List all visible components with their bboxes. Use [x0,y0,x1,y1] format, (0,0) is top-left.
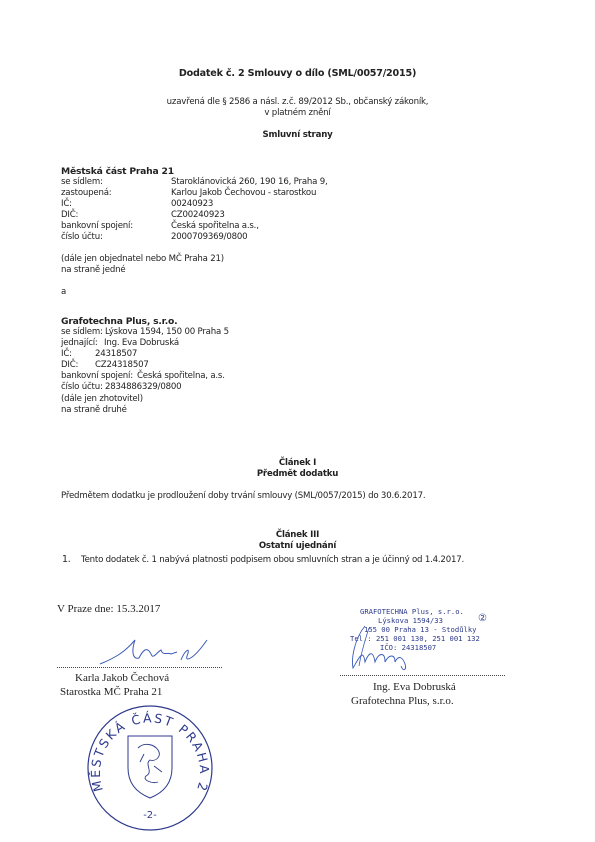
field-value: Ing. Eva Dobruská [104,338,179,349]
field-value: 2834886329/0800 [105,382,181,393]
article3-number: Článek III [0,530,595,540]
article1-text: Předmětem dodatku je prodloužení doby tr… [61,491,425,502]
field-value: 24318507 [95,349,137,360]
left-signature-line [57,667,222,668]
field-value: 2000709369/0800 [171,232,247,243]
field-value: Staroklánovická 260, 190 16, Praha 9, [171,177,328,188]
field-label: DIČ: [61,360,78,370]
document-title: Dodatek č. 2 Smlouvy o dílo (SML/0057/20… [0,68,595,79]
field-value: Česká spořitelna, a.s. [137,371,225,382]
conjunction: a [61,287,66,298]
party1-note: (dále jen objednatel nebo MČ Praha 21) [61,254,224,265]
field-label: DIČ: [61,210,78,220]
field-label: se sídlem: [61,327,103,337]
left-signer-role: Starostka MČ Praha 21 [60,686,162,698]
left-signature [95,630,215,670]
right-signature [345,618,415,673]
field-value: CZ00240923 [171,210,225,221]
field-label: bankovní spojení: [61,221,133,231]
party1-name: Městská část Praha 21 [61,166,174,177]
field-label: číslo účtu: [61,382,103,392]
field-row: se sídlem:Lýskova 1594, 150 00 Praha 5 [61,327,103,338]
field-row: DIČ:CZ24318507 [61,360,78,371]
subtitle-line2: v platném znění [0,108,595,118]
field-label: se sídlem: [61,177,103,187]
left-signer-name: Karla Jakob Čechová [75,672,169,684]
section-heading: Smluvní strany [0,130,595,140]
svg-text:-2-: -2- [143,810,157,821]
field-row: IČ:24318507 [61,349,72,360]
field-label: jednající: [61,338,98,348]
party2-side: na straně druhé [61,405,127,416]
stamp-line: GRAFOTECHNA Plus, s.r.o. [360,607,480,616]
field-label: IČ: [61,349,72,359]
field-label: bankovní spojení: [61,371,133,381]
field-value: Karlou Jakob Čechovou - starostkou [171,188,316,199]
field-row: jednající:Ing. Eva Dobruská [61,338,98,349]
field-row: bankovní spojení:Česká spořitelna, a.s. [61,371,133,382]
place-date: V Praze dne: 15.3.2017 [57,603,160,615]
right-signer-name: Ing. Eva Dobruská [373,681,456,693]
field-label: zastoupená: [61,188,111,198]
field-value: Česká spořitelna a.s., [171,221,259,232]
field-row: číslo účtu:2834886329/0800 [61,382,103,393]
article3-heading: Ostatní ujednání [0,541,595,551]
field-value: Lýskova 1594, 150 00 Praha 5 [105,327,229,338]
right-signer-role: Grafotechna Plus, s.r.o. [351,695,454,707]
stamp-mark: ② [478,614,487,623]
field-label: IČ: [61,199,72,209]
field-row: DIČ:CZ00240923 [61,210,78,221]
party2-name: Grafotechna Plus, s.r.o. [61,316,177,327]
article3-item-text: Tento dodatek č. 1 nabývá platnosti podp… [81,555,464,566]
field-row: se sídlem:Staroklánovická 260, 190 16, P… [61,177,103,188]
field-label: číslo účtu: [61,232,103,242]
party2-note: (dále jen zhotovitel) [61,394,143,405]
subtitle-line1: uzavřená dle § 2586 a násl. z.č. 89/2012… [0,97,595,107]
field-value: 00240923 [171,199,213,210]
field-row: zastoupená:Karlou Jakob Čechovou - staro… [61,188,111,199]
right-signature-line [340,675,505,676]
article1-heading: Předmět dodatku [0,469,595,479]
field-value: CZ24318507 [95,360,149,371]
field-row: bankovní spojení:Česká spořitelna a.s., [61,221,133,232]
field-row: IČ:00240923 [61,199,72,210]
municipal-round-stamp: MĚSTSKÁ ČÁST PRAHA 21 -2- [84,702,216,834]
field-row: číslo účtu:2000709369/0800 [61,232,103,243]
article3-item-number: 1. [62,554,71,565]
party1-side: na straně jedné [61,265,125,276]
article1-number: Článek I [0,458,595,468]
